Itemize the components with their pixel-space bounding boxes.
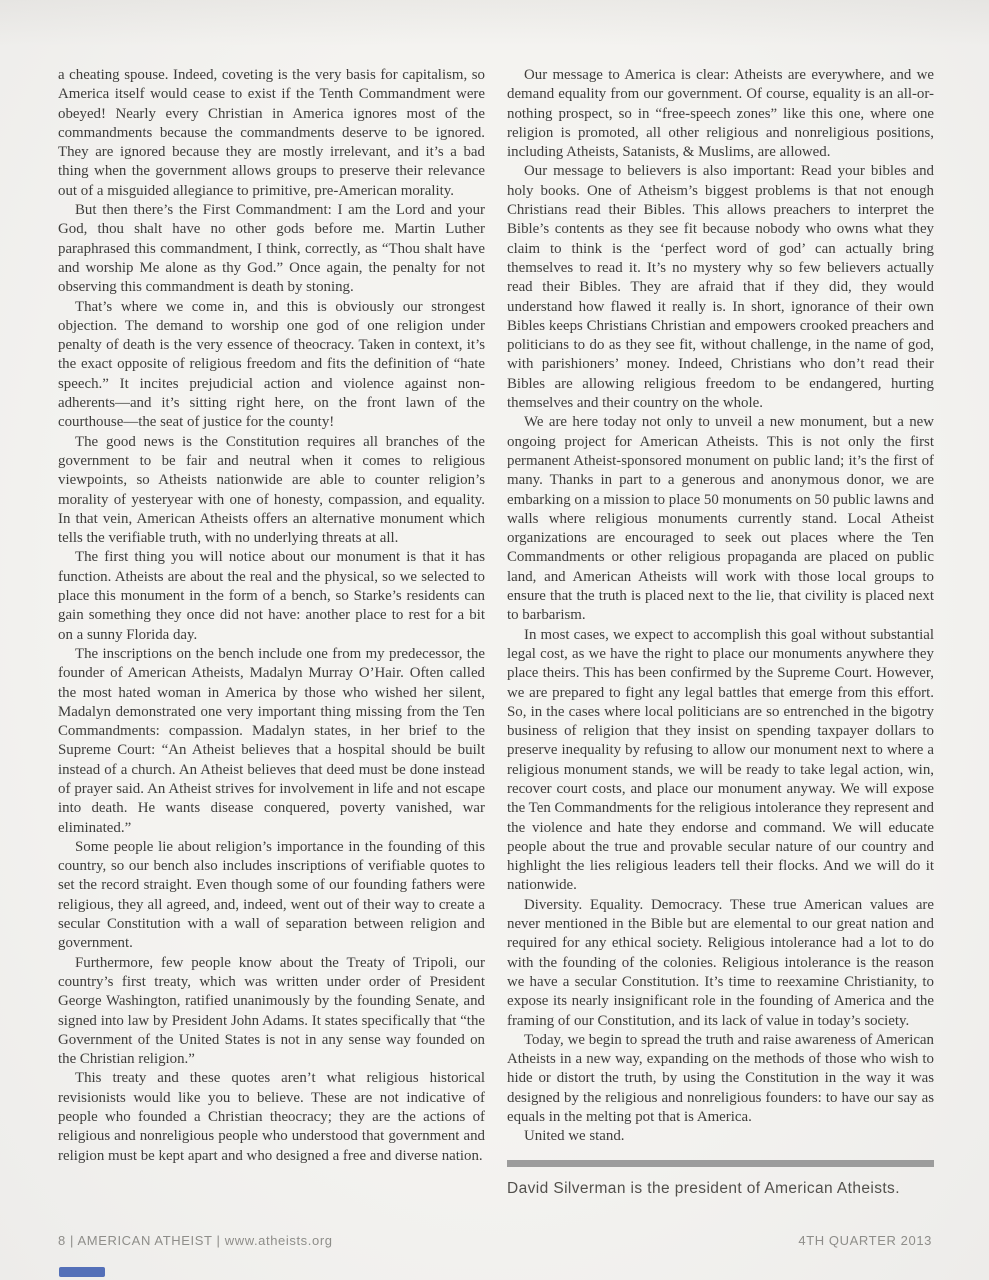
article-paragraph: Diversity. Equality. Democracy. These tr…	[507, 896, 934, 1031]
article-paragraph: But then there’s the First Commandment: …	[58, 201, 485, 297]
article-paragraph: That’s where we come in, and this is obv…	[58, 298, 485, 433]
article-paragraph: The inscriptions on the bench include on…	[58, 645, 485, 838]
article-paragraph: We are here today not only to unveil a n…	[507, 413, 934, 625]
magazine-page: a cheating spouse. Indeed, coveting is t…	[0, 0, 989, 1280]
byline-divider	[507, 1160, 934, 1167]
article-paragraph: This treaty and these quotes aren’t what…	[58, 1069, 485, 1165]
article-paragraph: Today, we begin to spread the truth and …	[507, 1031, 934, 1127]
article-paragraph: Furthermore, few people know about the T…	[58, 954, 485, 1070]
footer-page-info: 8 | AMERICAN ATHEIST | www.atheists.org	[58, 1233, 333, 1248]
article-paragraph: Some people lie about religion’s importa…	[58, 838, 485, 954]
corner-mark	[59, 1267, 105, 1277]
article-paragraph: United we stand.	[507, 1127, 934, 1146]
article-paragraph: The first thing you will notice about ou…	[58, 548, 485, 644]
article-column-left: a cheating spouse. Indeed, coveting is t…	[58, 66, 485, 1166]
article-paragraph: a cheating spouse. Indeed, coveting is t…	[58, 66, 485, 201]
byline-text: David Silverman is the president of Amer…	[507, 1179, 934, 1198]
article-paragraph: Our message to believers is also importa…	[507, 162, 934, 413]
article-paragraph: Our message to America is clear: Atheist…	[507, 66, 934, 162]
article-column-right: Our message to America is clear: Atheist…	[507, 66, 934, 1198]
article-column-right-text: Our message to America is clear: Atheist…	[507, 66, 934, 1147]
footer-issue-info: 4TH QUARTER 2013	[798, 1233, 932, 1248]
article-paragraph: In most cases, we expect to accomplish t…	[507, 626, 934, 896]
article-paragraph: The good news is the Constitution requir…	[58, 433, 485, 549]
page-footer: 8 | AMERICAN ATHEIST | www.atheists.org …	[58, 1233, 932, 1248]
